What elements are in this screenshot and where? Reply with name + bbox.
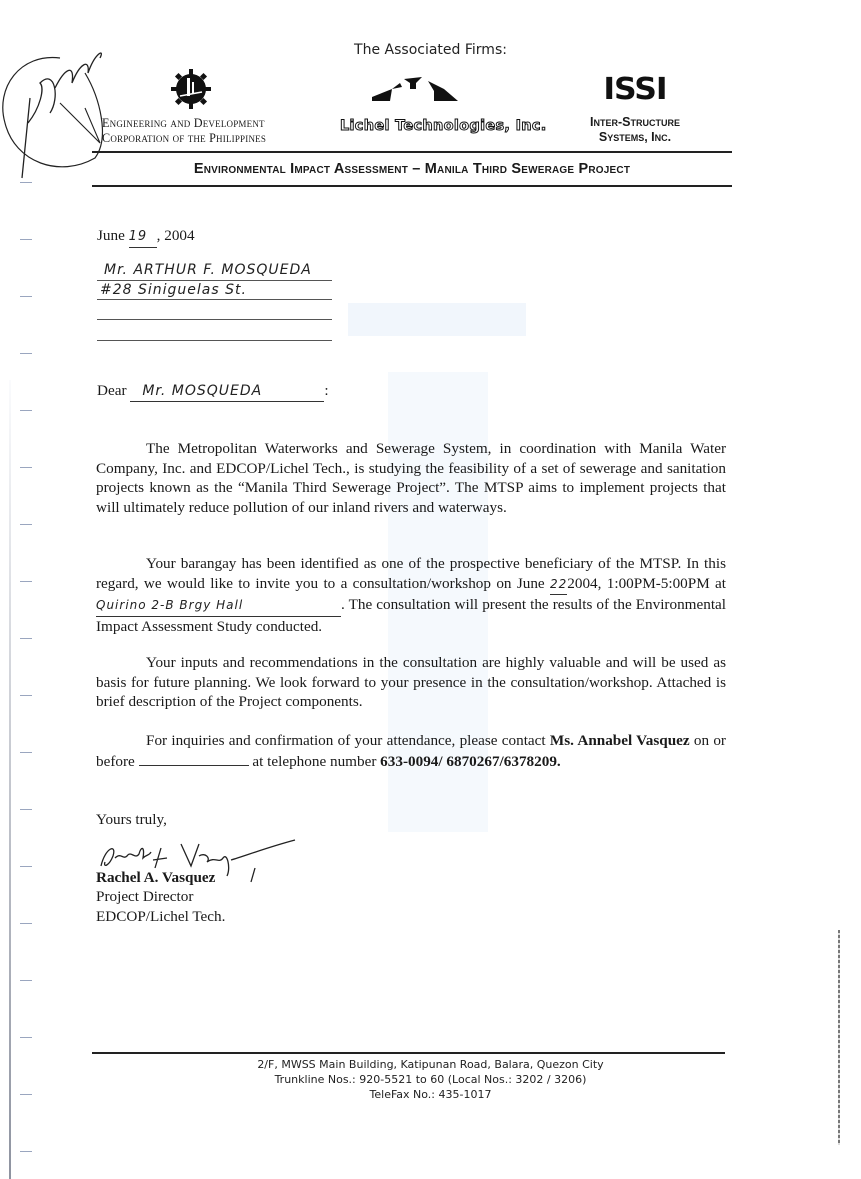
- paragraph-3: Your inputs and recommendations in the c…: [96, 653, 726, 712]
- issi-wordmark: ISSI: [588, 72, 683, 107]
- recipient-address-handwritten: #28 Siniguelas St.: [100, 282, 247, 298]
- address-line: [97, 280, 332, 281]
- paragraph-4: For inquiries and confirmation of your a…: [96, 731, 726, 771]
- header-rule: [92, 185, 732, 187]
- edcop-gear-emblem-icon: [170, 68, 212, 110]
- salutation-name-handwritten: Mr. MOSQUEDA: [130, 381, 324, 402]
- margin-tick: [20, 980, 32, 981]
- date-day-handwritten: 19: [129, 227, 157, 248]
- margin-tick: [20, 809, 32, 810]
- margin-tick: [20, 866, 32, 867]
- margin-tick: [20, 353, 32, 354]
- venue-handwritten: Quirino 2-B Brgy Hall: [96, 596, 341, 617]
- workshop-day-handwritten: 22: [550, 575, 567, 596]
- signer-title: Project Director: [96, 887, 193, 907]
- margin-tick: [20, 524, 32, 525]
- margin-tick: [20, 923, 32, 924]
- lichel-arc-emblem-icon: [370, 75, 462, 105]
- contact-name: Ms. Annabel Vasquez: [550, 732, 690, 749]
- margin-tick: [20, 752, 32, 753]
- signer-org: EDCOP/Lichel Tech.: [96, 907, 225, 927]
- associated-firms-label: The Associated Firms:: [0, 42, 861, 58]
- contact-phones: 633-0094/ 6870267/6378209.: [380, 753, 561, 770]
- margin-tick: [20, 296, 32, 297]
- lichel-name: Lichel Technologies, Inc.: [340, 118, 547, 134]
- signer-name: Rachel A. Vasquez: [96, 868, 215, 888]
- margin-tick: [20, 239, 32, 240]
- salutation: Dear Mr. MOSQUEDA:: [97, 381, 329, 402]
- paragraph-2: Your barangay has been identified as one…: [96, 554, 726, 636]
- address-line: [97, 319, 332, 320]
- recipient-name-handwritten: Mr. ARTHUR F. MOSQUEDA: [104, 262, 312, 278]
- address-line: [97, 340, 332, 341]
- footer-rule: [92, 1052, 725, 1054]
- margin-tick: [20, 467, 32, 468]
- header-rule: [92, 151, 732, 153]
- scan-edge: [838, 930, 840, 1145]
- margin-tick: [20, 638, 32, 639]
- margin-tick: [20, 1037, 32, 1038]
- address-line: [97, 299, 332, 300]
- closing: Yours truly,: [96, 810, 167, 830]
- paragraph-1: The Metropolitan Waterworks and Sewerage…: [96, 439, 726, 517]
- margin-tick: [20, 1151, 32, 1152]
- margin-tick: [20, 410, 32, 411]
- issi-name: Inter-Structure Systems, Inc.: [580, 115, 690, 145]
- edcop-name: Engineering and Development Corporation …: [102, 116, 266, 146]
- deadline-blank: [139, 751, 249, 766]
- letter-date: June 19, 2004: [97, 226, 195, 248]
- scan-tint: [348, 303, 526, 336]
- margin-tick: [20, 695, 32, 696]
- footer-address: 2/F, MWSS Main Building, Katipunan Road,…: [0, 1057, 861, 1102]
- project-title: Environmental Impact Assessment – Manila…: [92, 161, 732, 177]
- margin-tick: [20, 581, 32, 582]
